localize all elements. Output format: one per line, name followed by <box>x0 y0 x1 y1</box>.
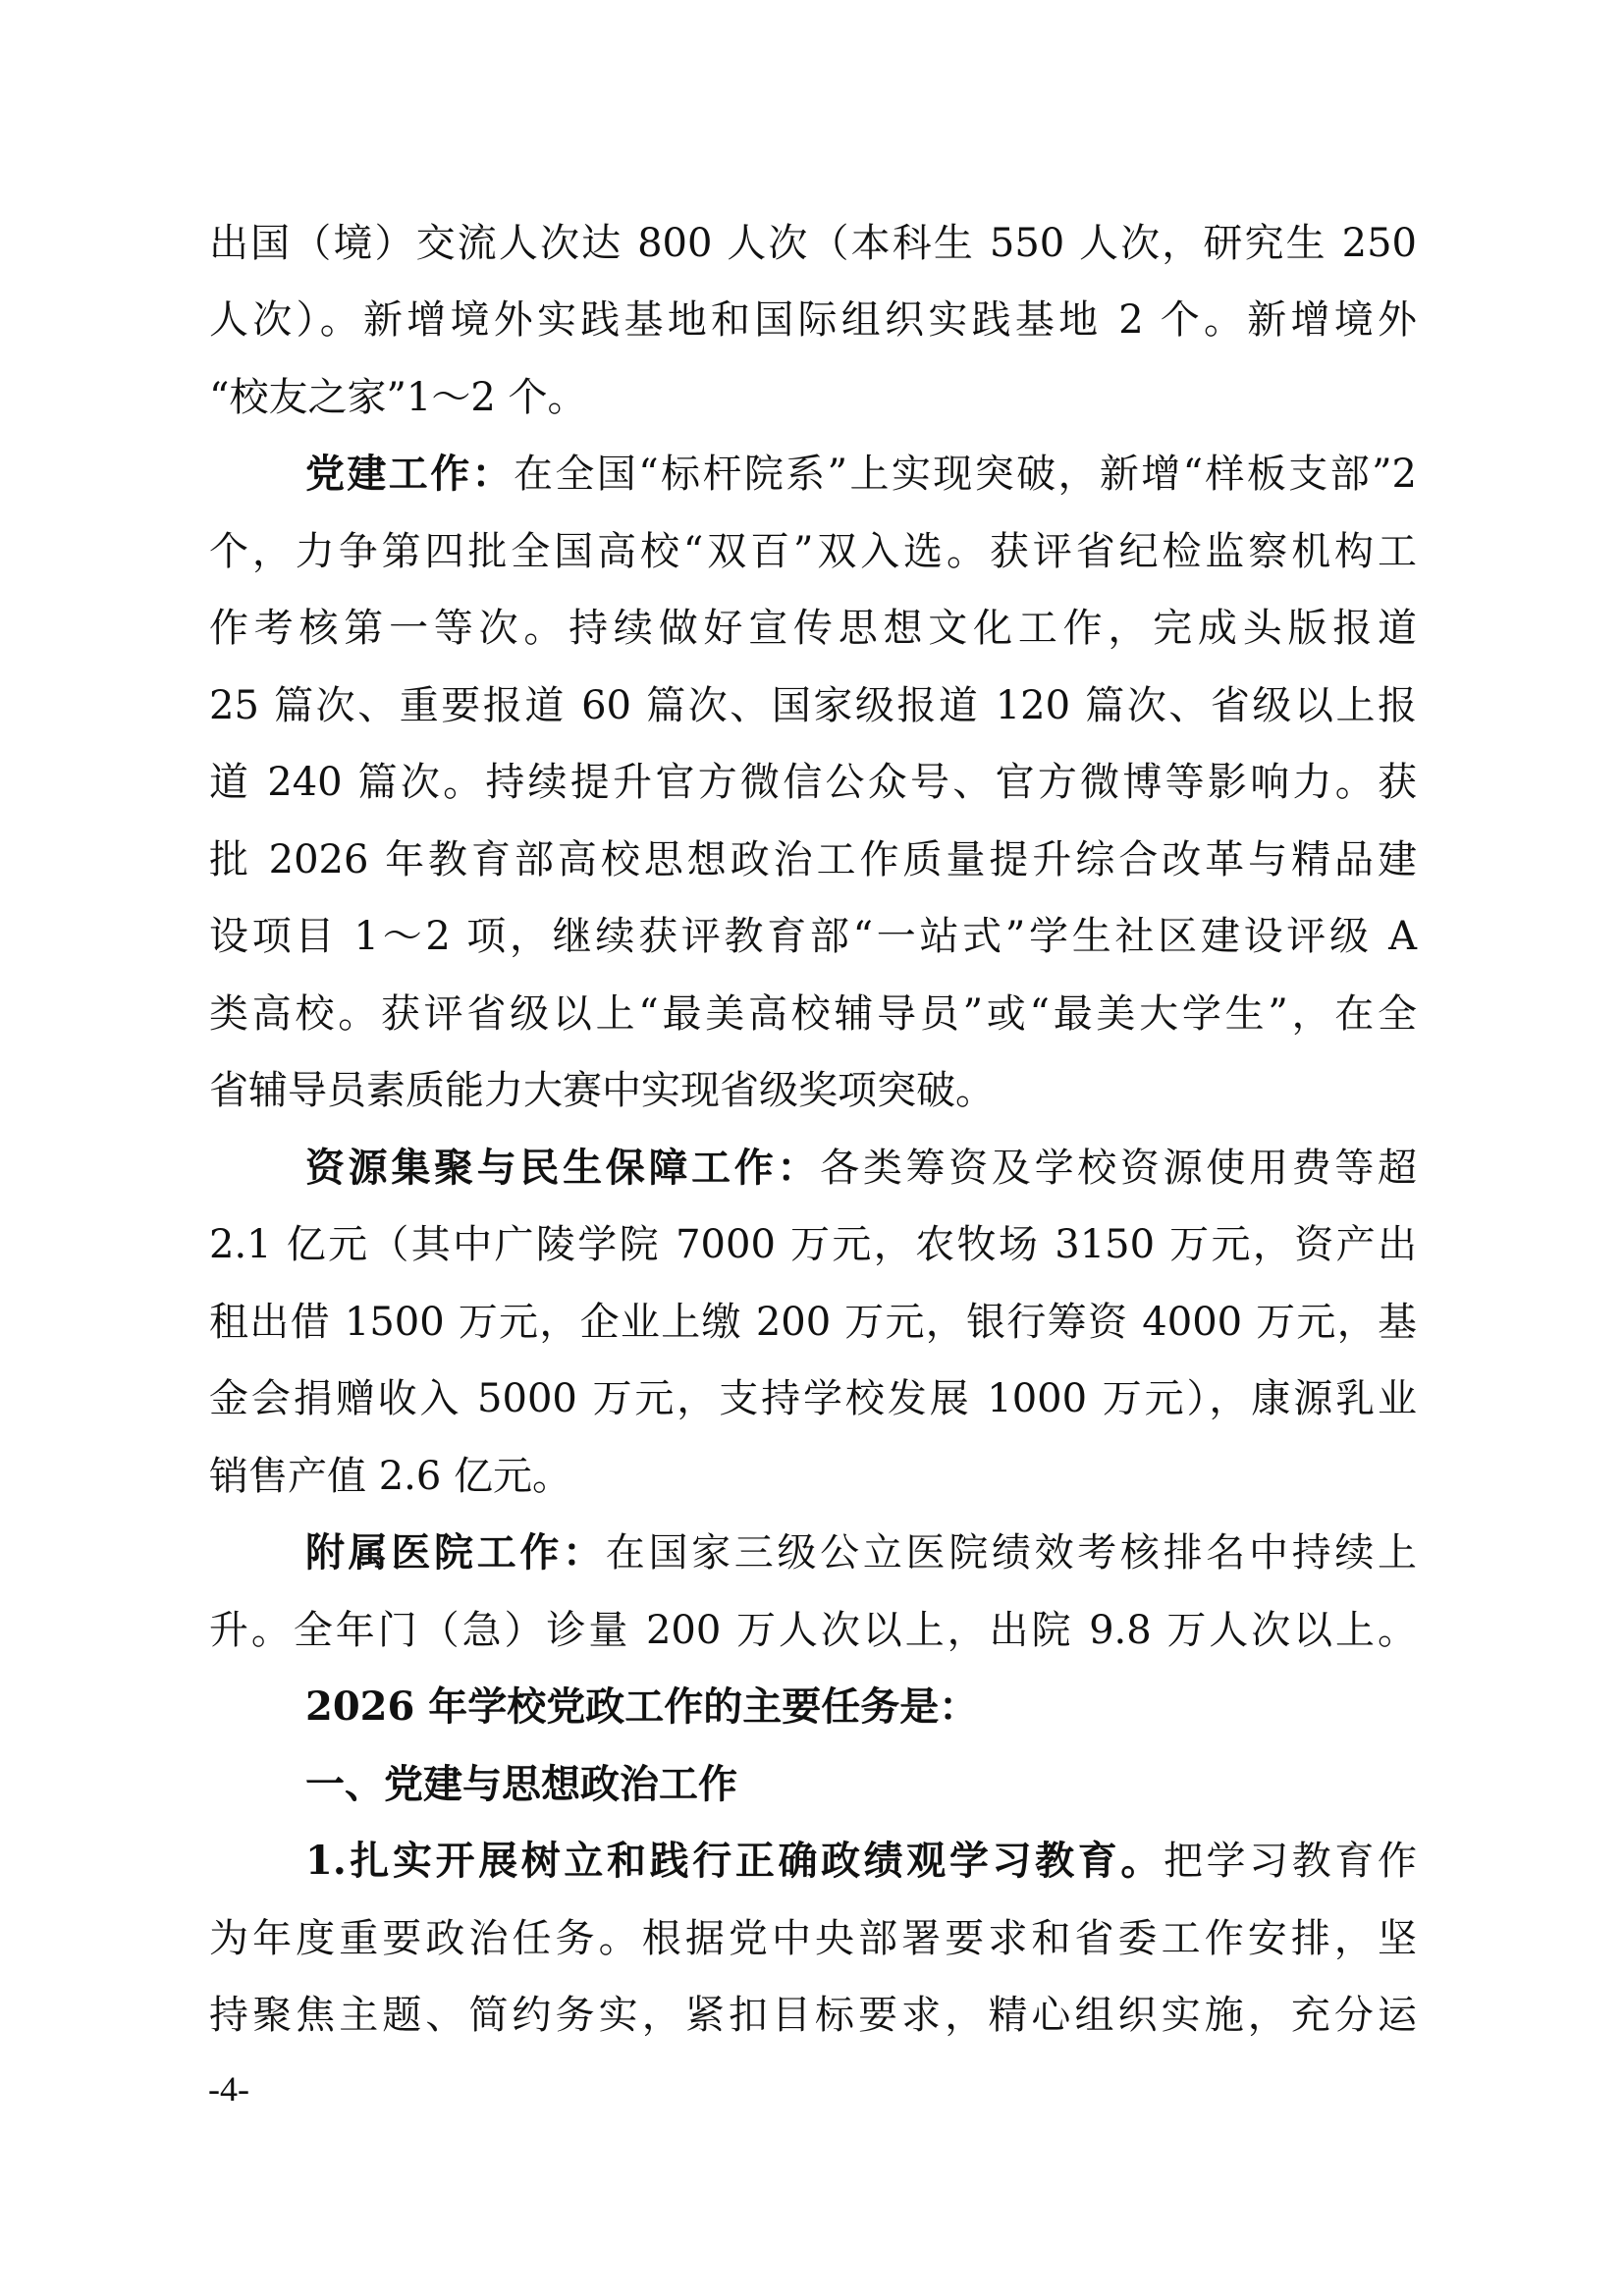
line-text: 持聚焦主题、简约务实，紧扣目标要求，精心组织实施，充分运 <box>209 1993 1417 2038</box>
line-text: 类高校。获评省级以上“最美高校辅导员”或“最美大学生”，在全 <box>209 991 1417 1037</box>
body-line-14: 2.1 亿元（其中广陵学院 7000 万元，农牧场 3150 万元，资产出 <box>209 1215 1417 1274</box>
item-1-start: 1.扎实开展树立和践行正确政绩观学习教育。把学习教育作 <box>305 1832 1417 1891</box>
line-text: 出国（境）交流人次达 800 人次（本科生 550 人次，研究生 250 <box>209 221 1417 266</box>
document-page: 出国（境）交流人次达 800 人次（本科生 550 人次，研究生 250 人次）… <box>0 0 1624 2296</box>
line-text: 批 2026 年教育部高校思想政治工作质量提升综合改革与精品建 <box>209 837 1417 882</box>
paragraph-party-building-start: 党建工作：在全国“标杆院系”上实现突破，新增“样板支部”2 <box>305 445 1417 504</box>
line-text: 作考核第一等次。持续做好宣传思想文化工作，完成头版报道 <box>209 606 1417 651</box>
body-line-5: 个，力争第四批全国高校“双百”双入选。获评省纪检监察机构工 <box>209 522 1417 581</box>
body-line-23: 为年度重要政治任务。根据党中央部署要求和省委工作安排，坚 <box>209 1909 1417 1968</box>
paragraph-lead-hospital: 附属医院工作： <box>305 1530 606 1575</box>
line-text: 各类筹资及学校资源使用费等超 <box>820 1146 1417 1191</box>
line-text: 道 240 篇次。持续提升官方微信公众号、官方微博等影响力。获 <box>209 760 1417 805</box>
body-line-6: 作考核第一等次。持续做好宣传思想文化工作，完成头版报道 <box>209 599 1417 658</box>
body-line-8: 道 240 篇次。持续提升官方微信公众号、官方微博等影响力。获 <box>209 753 1417 812</box>
paragraph-hospital-start: 附属医院工作：在国家三级公立医院绩效考核排名中持续上 <box>305 1523 1417 1582</box>
section-heading-text: 一、党建与思想政治工作 <box>305 1762 737 1807</box>
body-line-11: 类高校。获评省级以上“最美高校辅导员”或“最美大学生”，在全 <box>209 985 1417 1043</box>
section-heading-1: 一、党建与思想政治工作 <box>305 1755 1417 1814</box>
body-line-7: 25 篇次、重要报道 60 篇次、国家级报道 120 篇次、省级以上报 <box>209 676 1417 735</box>
line-text: 销售产值 2.6 亿元。 <box>209 1454 571 1499</box>
tasks-intro-text: 2026 年学校党政工作的主要任务是： <box>305 1683 978 1730</box>
body-line-19: 升。全年门（急）诊量 200 万人次以上，出院 9.8 万人次以上。 <box>209 1601 1417 1660</box>
body-line-16: 金会捐赠收入 5000 万元，支持学校发展 1000 万元），康源乳业 <box>209 1369 1417 1428</box>
line-text: 为年度重要政治任务。根据党中央部署要求和省委工作安排，坚 <box>209 1916 1417 1961</box>
line-text: 个，力争第四批全国高校“双百”双入选。获评省纪检监察机构工 <box>209 529 1417 574</box>
paragraph-resources-start: 资源集聚与民生保障工作：各类筹资及学校资源使用费等超 <box>305 1139 1417 1198</box>
line-text: 把学习教育作 <box>1164 1839 1417 1884</box>
line-text: 2.1 亿元（其中广陵学院 7000 万元，农牧场 3150 万元，资产出 <box>209 1222 1417 1267</box>
body-line-2: 人次）。新增境外实践基地和国际组织实践基地 2 个。新增境外 <box>209 291 1417 349</box>
tasks-intro: 2026 年学校党政工作的主要任务是： <box>305 1678 1417 1736</box>
body-line-24: 持聚焦主题、简约务实，紧扣目标要求，精心组织实施，充分运 <box>209 1986 1417 2045</box>
paragraph-lead-party-building: 党建工作： <box>305 452 514 497</box>
line-text: 租出借 1500 万元，企业上缴 200 万元，银行筹资 4000 万元，基 <box>209 1300 1417 1345</box>
page-number: -4- <box>208 2069 249 2109</box>
body-line-17: 销售产值 2.6 亿元。 <box>209 1447 1417 1506</box>
line-text: 设项目 1～2 项，继续获评教育部“一站式”学生社区建设评级 A <box>209 914 1417 959</box>
line-text: 在全国“标杆院系”上实现突破，新增“样板支部”2 <box>514 452 1417 497</box>
line-text: “校友之家”1～2 个。 <box>209 375 587 420</box>
line-text: 在国家三级公立医院绩效考核排名中持续上 <box>606 1530 1417 1575</box>
line-text: 升。全年门（急）诊量 200 万人次以上，出院 9.8 万人次以上。 <box>209 1608 1417 1653</box>
item-1-title: 1.扎实开展树立和践行正确政绩观学习教育。 <box>305 1838 1164 1884</box>
body-line-12: 省辅导员素质能力大赛中实现省级奖项突破。 <box>209 1061 1417 1120</box>
line-text: 省辅导员素质能力大赛中实现省级奖项突破。 <box>209 1068 995 1113</box>
line-text: 25 篇次、重要报道 60 篇次、国家级报道 120 篇次、省级以上报 <box>209 683 1417 728</box>
body-line-1: 出国（境）交流人次达 800 人次（本科生 550 人次，研究生 250 <box>209 214 1417 273</box>
body-line-15: 租出借 1500 万元，企业上缴 200 万元，银行筹资 4000 万元，基 <box>209 1293 1417 1352</box>
line-text: 人次）。新增境外实践基地和国际组织实践基地 2 个。新增境外 <box>209 297 1417 343</box>
line-text: 金会捐赠收入 5000 万元，支持学校发展 1000 万元），康源乳业 <box>209 1376 1417 1421</box>
body-line-9: 批 2026 年教育部高校思想政治工作质量提升综合改革与精品建 <box>209 830 1417 889</box>
body-line-3: “校友之家”1～2 个。 <box>209 368 1417 427</box>
body-line-10: 设项目 1～2 项，继续获评教育部“一站式”学生社区建设评级 A <box>209 907 1417 966</box>
paragraph-lead-resources: 资源集聚与民生保障工作： <box>305 1146 820 1191</box>
